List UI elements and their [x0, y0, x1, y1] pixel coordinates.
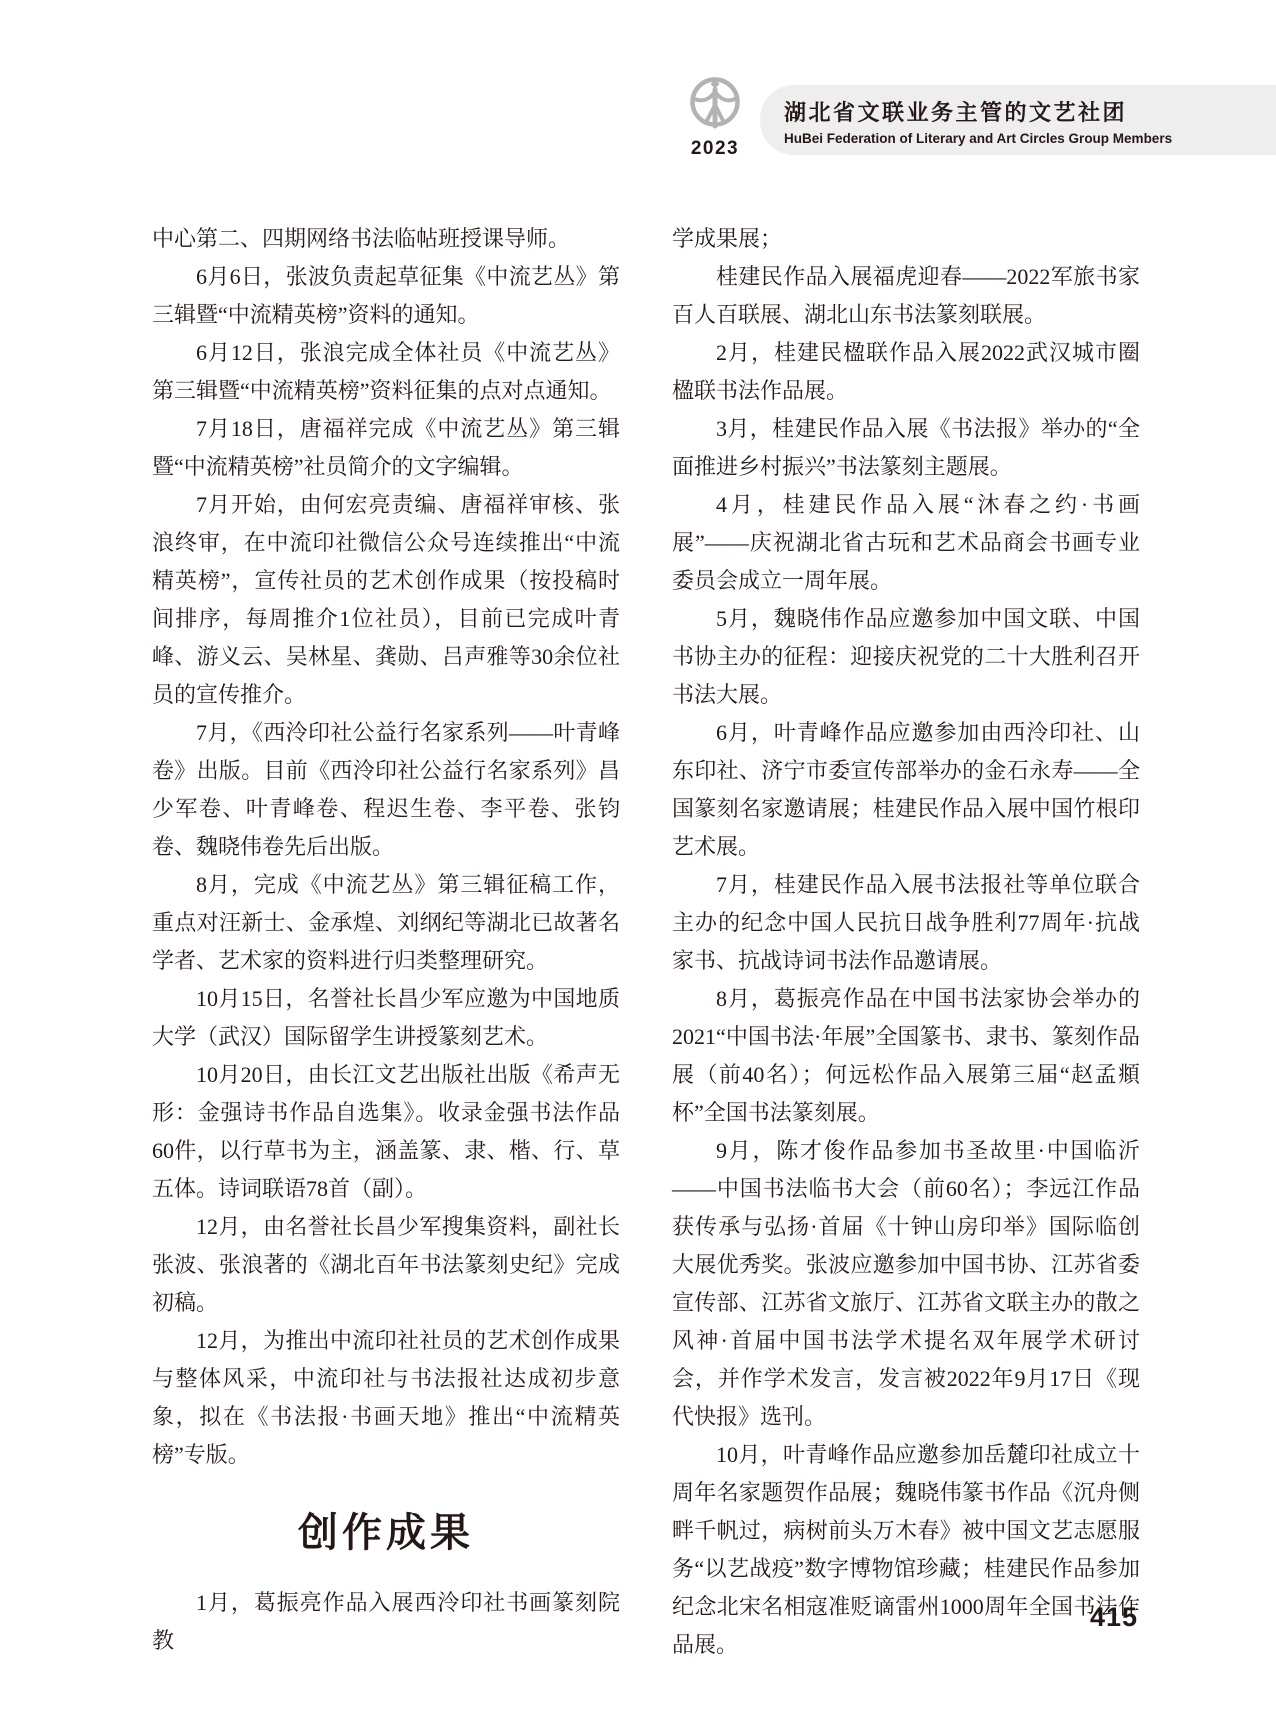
paragraph: 4月，桂建民作品入展“沐春之约·书画展”——庆祝湖北省古玩和艺术品商会书画专业委…: [672, 486, 1140, 600]
paragraph: 7月，《西泠印社公益行名家系列——叶青峰卷》出版。目前《西泠印社公益行名家系列》…: [152, 714, 620, 866]
right-column: 学成果展；桂建民作品入展福虎迎春——2022军旅书家百人百联展、湖北山东书法篆刻…: [672, 220, 1140, 1664]
left-column-body: 中心第二、四期网络书法临帖班授课导师。6月6日，张波负责起草征集《中流艺丛》第三…: [152, 220, 620, 1474]
header-title-cn: 湖北省文联业务主管的文艺社团: [784, 96, 1276, 127]
paragraph: 5月，魏晓伟作品应邀参加中国文联、中国书协主办的征程：迎接庆祝党的二十大胜利召开…: [672, 600, 1140, 714]
paragraph: 中心第二、四期网络书法临帖班授课导师。: [152, 220, 620, 258]
paragraph: 3月，桂建民作品入展《书法报》举办的“全面推进乡村振兴”书法篆刻主题展。: [672, 410, 1140, 486]
paragraph: 学成果展；: [672, 220, 1140, 258]
page-number: 415: [1090, 1602, 1138, 1633]
header-title-en: HuBei Federation of Literary and Art Cir…: [784, 131, 1276, 146]
left-column-after-heading: 1月，葛振亮作品入展西泠印社书画篆刻院教: [152, 1584, 620, 1660]
paragraph: 8月，葛振亮作品在中国书法家协会举办的2021“中国书法·年展”全国篆书、隶书、…: [672, 980, 1140, 1132]
paragraph: 7月开始，由何宏亮责编、唐福祥审核、张浪终审，在中流印社微信公众号连续推出“中流…: [152, 486, 620, 714]
paragraph: 10月15日，名誉社长昌少军应邀为中国地质大学（武汉）国际留学生讲授篆刻艺术。: [152, 980, 620, 1056]
paragraph: 6月12日，张浪完成全体社员《中流艺丛》第三辑暨“中流精英榜”资料征集的点对点通…: [152, 334, 620, 410]
paragraph: 12月，由名誉社长昌少军搜集资料，副社长张波、张浪著的《湖北百年书法篆刻史纪》完…: [152, 1208, 620, 1322]
logo-year: 2023: [682, 138, 748, 160]
paragraph: 桂建民作品入展福虎迎春——2022军旅书家百人百联展、湖北山东书法篆刻联展。: [672, 258, 1140, 334]
paragraph: 6月6日，张波负责起草征集《中流艺丛》第三辑暨“中流精英榜”资料的通知。: [152, 258, 620, 334]
left-column: 中心第二、四期网络书法临帖班授课导师。6月6日，张波负责起草征集《中流艺丛》第三…: [152, 220, 620, 1660]
paragraph: 12月，为推出中流印社社员的艺术创作成果与整体风采，中流印社与书法报社达成初步意…: [152, 1322, 620, 1474]
federation-logo: 2023: [682, 76, 748, 160]
right-column-body: 学成果展；桂建民作品入展福虎迎春——2022军旅书家百人百联展、湖北山东书法篆刻…: [672, 220, 1140, 1664]
paragraph: 9月，陈才俊作品参加书圣故里·中国临沂——中国书法临书大会（前60名）；李远江作…: [672, 1132, 1140, 1436]
header-band: 湖北省文联业务主管的文艺社团 HuBei Federation of Liter…: [760, 85, 1276, 155]
section-heading: 创作成果: [152, 1510, 620, 1556]
federation-logo-icon: [687, 76, 743, 132]
paragraph: 2月，桂建民楹联作品入展2022武汉城市圈楹联书法作品展。: [672, 334, 1140, 410]
paragraph: 6月，叶青峰作品应邀参加由西泠印社、山东印社、济宁市委宣传部举办的金石永寿——全…: [672, 714, 1140, 866]
paragraph: 8月，完成《中流艺丛》第三辑征稿工作，重点对汪新士、金承煌、刘纲纪等湖北已故著名…: [152, 866, 620, 980]
paragraph: 1月，葛振亮作品入展西泠印社书画篆刻院教: [152, 1584, 620, 1660]
paragraph: 10月20日，由长江文艺出版社出版《希声无形：金强诗书作品自选集》。收录金强书法…: [152, 1056, 620, 1208]
yearbook-page: 2023 湖北省文联业务主管的文艺社团 HuBei Federation of …: [0, 0, 1276, 1719]
paragraph: 7月，桂建民作品入展书法报社等单位联合主办的纪念中国人民抗日战争胜利77周年·抗…: [672, 866, 1140, 980]
paragraph: 10月，叶青峰作品应邀参加岳麓印社成立十周年名家题贺作品展；魏晓伟篆书作品《沉舟…: [672, 1436, 1140, 1664]
paragraph: 7月18日，唐福祥完成《中流艺丛》第三辑暨“中流精英榜”社员简介的文字编辑。: [152, 410, 620, 486]
